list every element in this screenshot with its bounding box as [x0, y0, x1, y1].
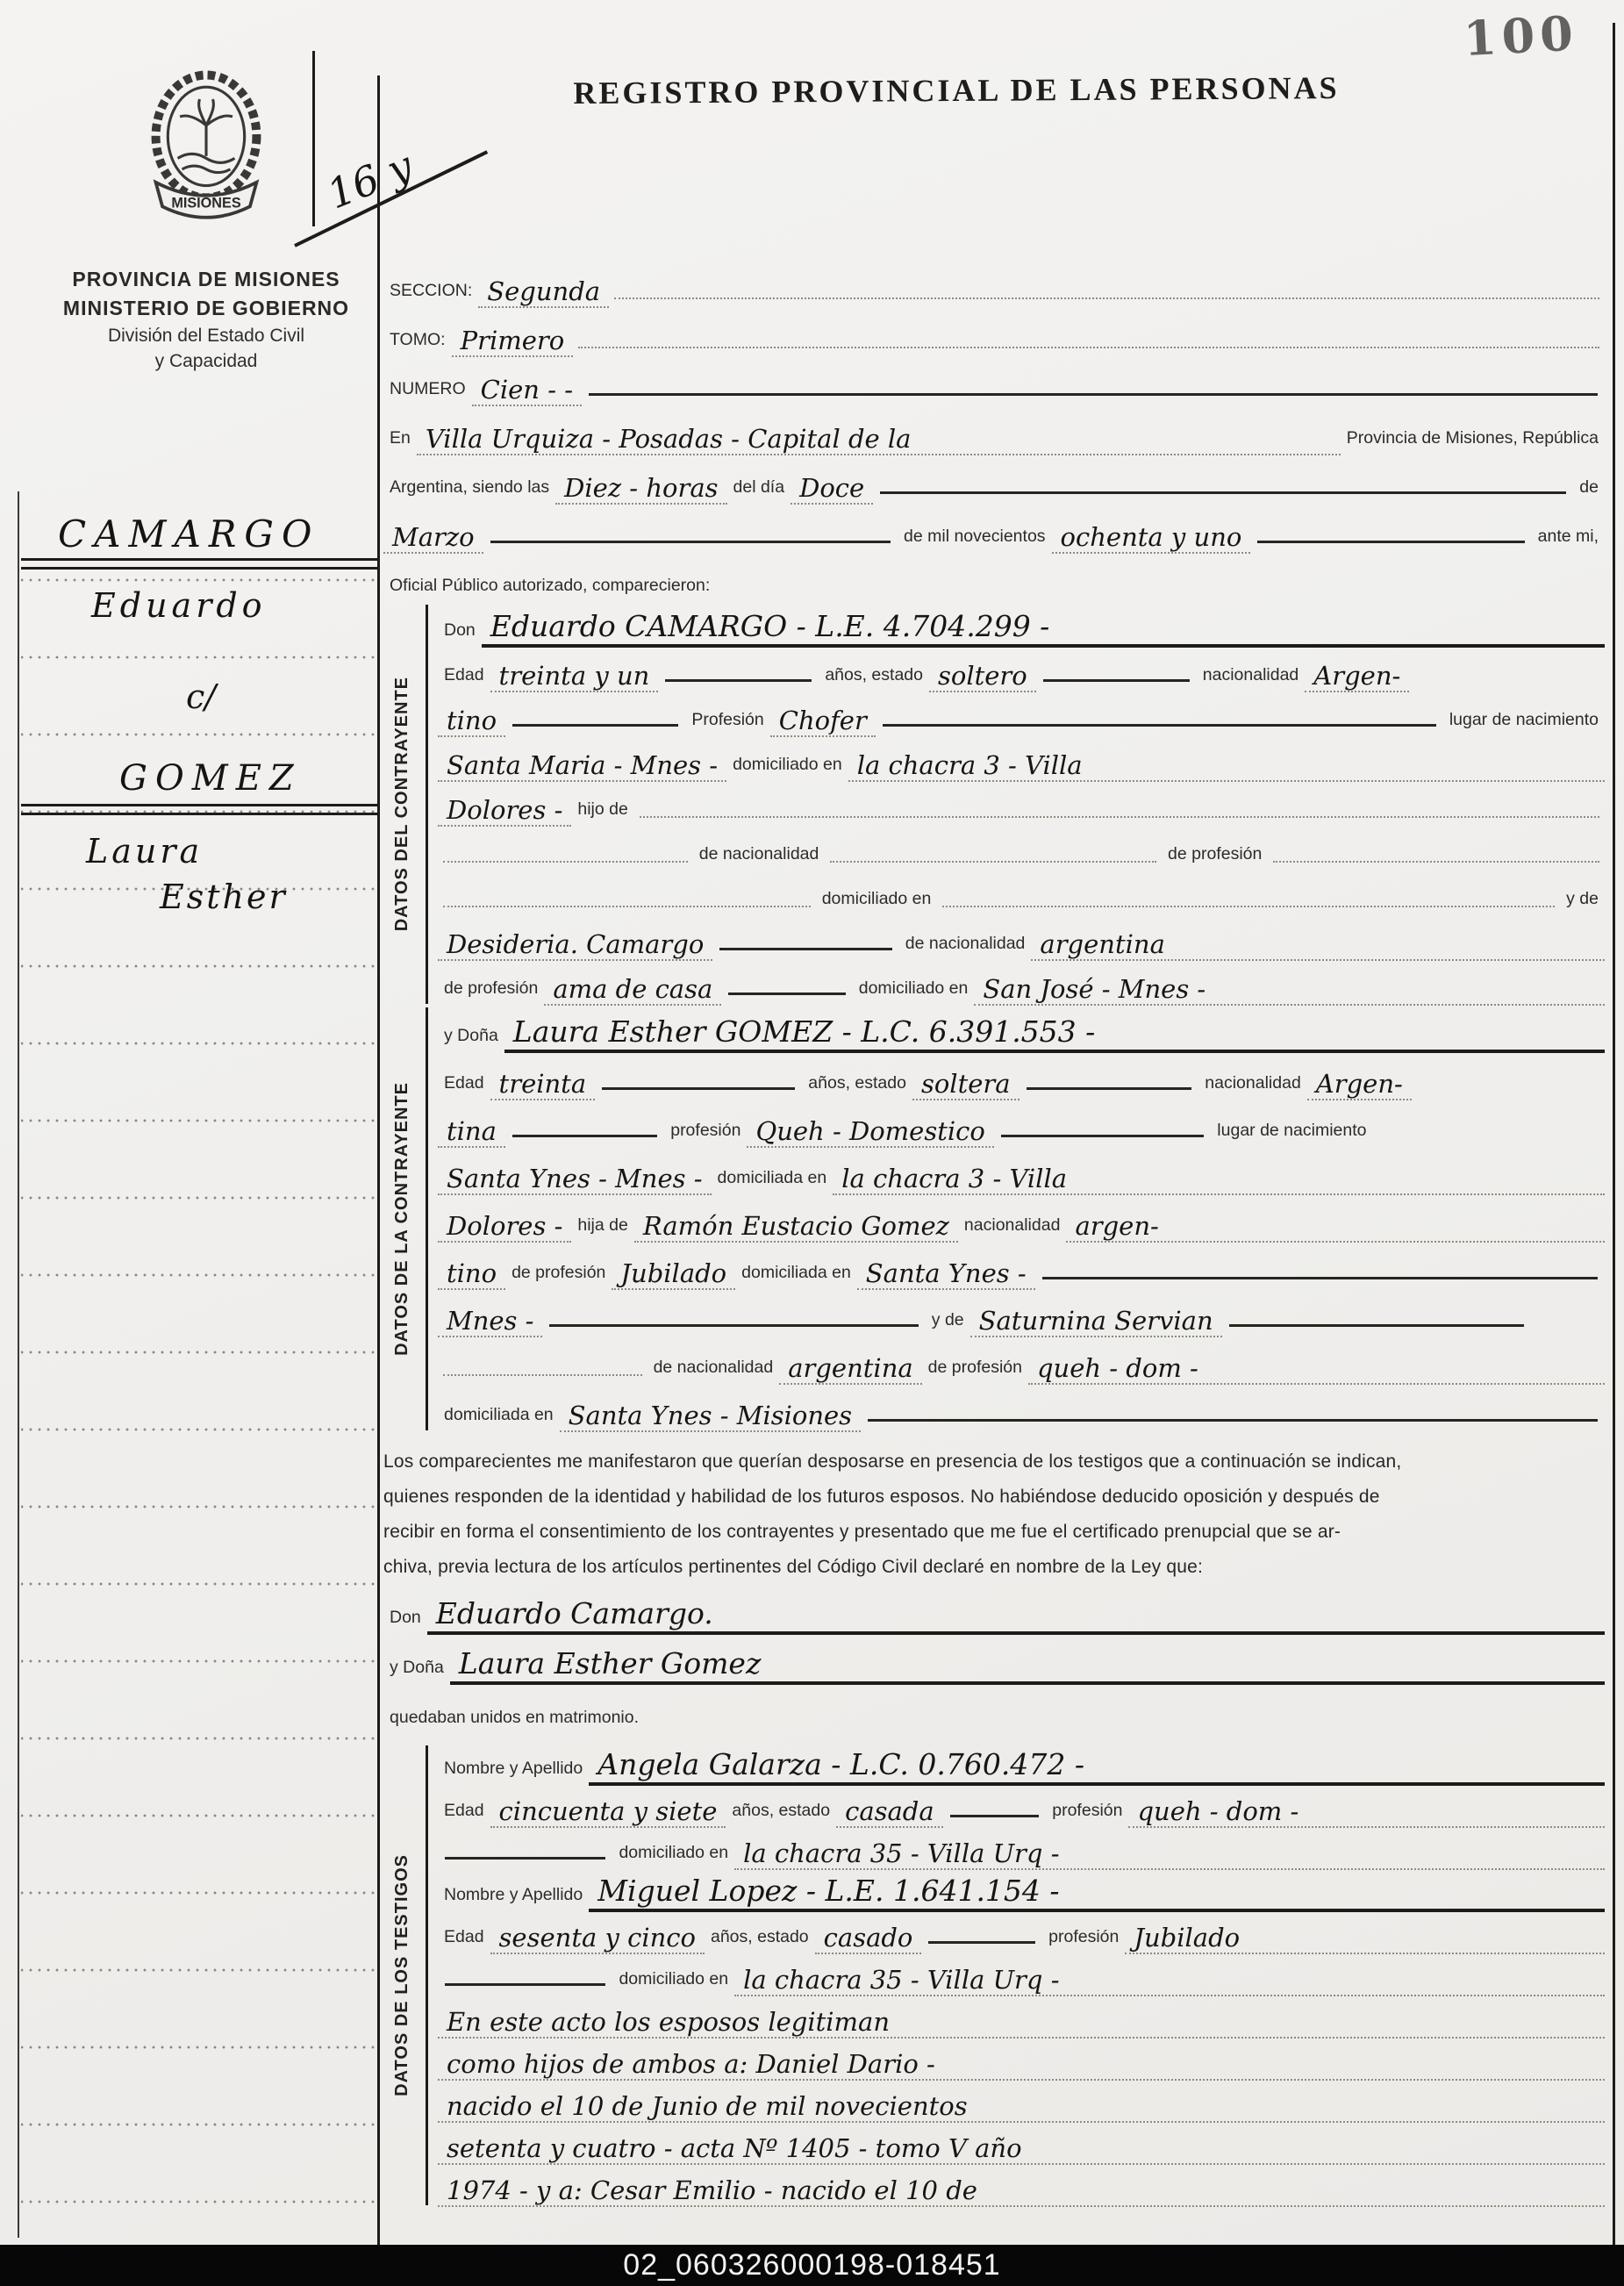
dash-line — [728, 991, 845, 995]
side-label-text: DATOS DEL CONTRAYENTE — [392, 677, 412, 931]
side-label-contrayente: DATOS DEL CONTRAYENTE — [376, 603, 427, 1006]
handwritten-entry: Ramón Eustacio Gomez — [634, 1213, 958, 1243]
blank-line — [830, 859, 1156, 863]
field-label: de nacionalidad — [647, 1358, 780, 1385]
field-label: de profesión — [505, 1263, 612, 1290]
page-right-border — [1613, 23, 1615, 2245]
margin-name-groom: Eduardo — [91, 586, 267, 625]
dash-line — [445, 1981, 605, 1986]
field-label: de profesión — [922, 1358, 1028, 1385]
field-label: Don — [383, 1608, 427, 1635]
form-line: SECCION:Segunda — [383, 259, 1605, 308]
handwritten-entry: Queh - Domestico — [747, 1118, 993, 1148]
handwritten-entry: Eduardo CAMARGO - L.E. 4.704.299 - — [482, 612, 1605, 648]
field-label: SECCION: — [383, 281, 478, 308]
form-line: En este acto los esposos legitiman — [438, 1996, 1605, 2039]
document-title: REGISTRO PROVINCIAL DE LAS PERSONAS — [535, 69, 1377, 112]
field-label: del día — [727, 477, 791, 505]
field-label: Don — [438, 620, 482, 648]
handwritten-entry: Dolores - — [438, 1213, 571, 1243]
handwritten-entry: 1974 - y a: Cesar Emilio - nacido el 10 … — [438, 2177, 1605, 2207]
field-label: lugar de nacimiento — [1443, 710, 1605, 737]
side-label-text: DATOS DE LOS TESTIGOS — [392, 1854, 412, 2096]
dash-line — [1229, 1322, 1524, 1327]
handwritten-entry: Desideria. Camargo — [438, 931, 712, 961]
dash-line — [445, 1855, 605, 1860]
section-contrayente: DATOS DEL CONTRAYENTEDonEduardo CAMARGO … — [383, 603, 1605, 1006]
dash-line — [665, 677, 812, 682]
form-line: Edadcincuenta y sieteaños, estadocasadap… — [438, 1786, 1605, 1828]
form-line: 1974 - y a: Cesar Emilio - nacido el 10 … — [438, 2165, 1605, 2207]
handwritten-entry: San José - Mnes - — [974, 976, 1605, 1006]
letterhead-division-2: y Capacidad — [33, 348, 379, 374]
field-label: Edad — [438, 1801, 490, 1828]
letterhead-division-1: División del Estado Civil — [33, 323, 379, 348]
stamped-page-number: 100 — [1462, 4, 1605, 67]
dash-line — [1027, 1086, 1192, 1090]
handwritten-entry: argen- — [1066, 1213, 1605, 1243]
field-label: domiciliado en — [612, 1843, 734, 1870]
handwritten-entry: argentina — [779, 1355, 921, 1385]
form-line: Edadsesenta y cincoaños, estadocasadopro… — [438, 1912, 1605, 1954]
dash-line — [490, 539, 891, 543]
dash-line — [950, 1813, 1040, 1817]
handwritten-entry: nacido el 10 de Junio de mil novecientos — [438, 2093, 1605, 2123]
form-line: Santa Maria - Mnes -domiciliado enla cha… — [438, 737, 1605, 782]
dash-line — [512, 722, 678, 727]
form-line: Desideria. Camargode nacionalidadargenti… — [438, 916, 1605, 961]
form-line: Edadtreinta y unaños, estadosolteronacio… — [438, 648, 1605, 692]
field-label: Provincia de Misiones, República — [1341, 428, 1605, 455]
section-union: DonEduardo Camargo.y DoñaLaura Esther Go… — [383, 1585, 1605, 1735]
scan-code-text: 02_060326000198-018451 — [623, 2248, 1000, 2282]
form-line: tinoProfesiónChoferlugar de nacimiento — [438, 692, 1605, 737]
handwritten-entry: treinta y un — [490, 663, 659, 692]
field-label: de — [1573, 477, 1605, 505]
section-encabezado: SECCION:SegundaTOMO:PrimeroNUMEROCien - … — [383, 259, 1605, 603]
handwritten-entry: Santa Ynes - Misiones — [560, 1402, 861, 1432]
margin-name-bride-2: Esther — [160, 878, 288, 916]
form-line: Dolores -hijo de — [438, 782, 1605, 827]
handwritten-entry: como hijos de ambos a: Daniel Dario - — [438, 2051, 1605, 2081]
field-label: años, estado — [726, 1801, 836, 1828]
margin-surname-bride: GOMEZ — [119, 758, 302, 799]
handwritten-entry: setenta y cuatro - acta Nº 1405 - tomo V… — [438, 2135, 1605, 2165]
section-declaracion: Los comparecientes me manifestaron que q… — [383, 1444, 1605, 1585]
field-label: de nacionalidad — [693, 844, 826, 871]
section-contrayente2: DATOS DE LA CONTRAYENTEy DoñaLaura Esthe… — [383, 1006, 1605, 1432]
form-line: Mnes -y deSaturnina Servian — [438, 1290, 1605, 1337]
form-line: Edadtreintaaños, estadosolteranacionalid… — [438, 1053, 1605, 1100]
letterhead-province: PROVINCIA DE MISIONES — [33, 265, 379, 294]
handwritten-entry: Diez - horas — [555, 475, 726, 505]
form-line: tinode profesiónJubiladodomiciliada enSa… — [438, 1243, 1605, 1290]
handwritten-entry: Doce — [791, 475, 873, 505]
margin-versus-mark: c/ — [186, 677, 216, 716]
dash-line — [549, 1322, 918, 1327]
blank-line — [443, 1372, 642, 1376]
margin-double-rule — [21, 558, 379, 570]
form-line: NUMEROCien - - — [383, 357, 1605, 406]
paragraph-line: chiva, previa lectura de los artículos p… — [383, 1550, 1605, 1585]
form-line: tinaprofesiónQueh - Domesticolugar de na… — [438, 1100, 1605, 1148]
field-label: y de — [1560, 889, 1605, 916]
dash-line — [602, 1086, 795, 1090]
handwritten-entry: Santa Ynes - Mnes - — [438, 1165, 712, 1195]
form-line: domiciliado enla chacra 35 - Villa Urq - — [438, 1828, 1605, 1870]
handwritten-entry: la chacra 35 - Villa Urq - — [734, 1840, 1605, 1870]
handwritten-entry: Miguel Lopez - L.E. 1.641.154 - — [589, 1876, 1605, 1912]
field-label: Nombre y Apellido — [438, 1759, 589, 1786]
handwritten-entry: Marzo — [383, 524, 483, 554]
field-label: domiciliado en — [853, 978, 975, 1006]
form-line: Nombre y ApellidoMiguel Lopez - L.E. 1.6… — [438, 1870, 1605, 1912]
handwritten-entry: casado — [815, 1924, 922, 1954]
handwritten-entry: Saturnina Servian — [970, 1308, 1222, 1337]
handwritten-entry: Santa Ynes - — [857, 1260, 1035, 1290]
svg-text:MISIONES: MISIONES — [171, 196, 240, 211]
handwritten-entry: tino — [438, 1260, 505, 1290]
handwritten-entry: tina — [438, 1118, 505, 1148]
form-line: domiciliado eny de — [438, 871, 1605, 916]
handwritten-entry: cincuenta y siete — [490, 1798, 726, 1828]
handwritten-entry: Argen- — [1305, 663, 1409, 692]
handwritten-entry: Primero — [452, 327, 574, 357]
field-label: Nombre y Apellido — [438, 1885, 589, 1912]
handwritten-entry: soltero — [929, 663, 1036, 692]
form-line: de nacionalidadde profesión — [438, 827, 1605, 871]
handwritten-entry: Chofer — [770, 707, 876, 737]
field-label: de nacionalidad — [899, 934, 1032, 961]
handwritten-entry: Jubilado — [1125, 1924, 1605, 1954]
field-label: Edad — [438, 1927, 490, 1954]
handwritten-entry: Jubilado — [612, 1260, 735, 1290]
field-label: nacionalidad — [1198, 1073, 1307, 1100]
field-label: ante mi, — [1532, 527, 1605, 554]
handwritten-entry: Segunda — [478, 278, 609, 308]
field-label: Edad — [438, 1073, 490, 1100]
handwritten-entry: Angela Galarza - L.C. 0.760.472 - — [589, 1750, 1605, 1786]
form-line: como hijos de ambos a: Daniel Dario - — [438, 2039, 1605, 2081]
field-label: profesión — [1042, 1927, 1125, 1954]
side-label-text: DATOS DE LA CONTRAYENTE — [392, 1082, 412, 1356]
blank-line — [443, 904, 811, 907]
field-label: y Doña — [383, 1658, 450, 1685]
handwritten-entry: la chacra 3 - Villa — [833, 1165, 1605, 1195]
handwritten-entry: la chacra 35 - Villa Urq - — [734, 1967, 1605, 1996]
field-label: nacionalidad — [958, 1215, 1067, 1243]
form-line: nacido el 10 de Junio de mil novecientos — [438, 2081, 1605, 2123]
dash-line — [589, 391, 1598, 396]
dash-line — [928, 1939, 1035, 1944]
form-line: de profesiónama de casadomiciliado enSan… — [438, 961, 1605, 1006]
handwritten-entry: treinta — [490, 1071, 596, 1100]
field-label: años, estado — [819, 665, 929, 692]
form-line: DonEduardo CAMARGO - L.E. 4.704.299 - — [438, 603, 1605, 648]
field-label: En — [383, 428, 417, 455]
handwritten-entry: Cien - - — [472, 376, 582, 406]
section-testigos: DATOS DE LOS TESTIGOSNombre y ApellidoAn… — [383, 1744, 1605, 2207]
side-label-contrayente2: DATOS DE LA CONTRAYENTE — [376, 1006, 427, 1432]
handwritten-entry: casada — [836, 1798, 943, 1828]
handwritten-entry: sesenta y cinco — [490, 1924, 705, 1954]
form-line: Argentina, siendo lasDiez - horasdel día… — [383, 455, 1605, 505]
form-line: setenta y cuatro - acta Nº 1405 - tomo V… — [438, 2123, 1605, 2165]
field-label: de profesión — [438, 978, 544, 1006]
field-label: profesión — [664, 1121, 747, 1148]
field-label: TOMO: — [383, 330, 452, 357]
field-label: Argentina, siendo las — [383, 477, 555, 505]
handwritten-entry: Argen- — [1307, 1071, 1412, 1100]
handwritten-entry: ochenta y uno — [1052, 524, 1251, 554]
margin-name-bride-1: Laura — [86, 832, 203, 871]
blank-line — [578, 345, 1599, 348]
field-label: quedaban unidos en matrimonio. — [383, 1708, 645, 1735]
field-label: domiciliada en — [735, 1263, 857, 1290]
blank-line — [1273, 859, 1599, 863]
field-label: hijo de — [571, 799, 633, 827]
field-label: domiciliado en — [612, 1969, 734, 1996]
field-label: años, estado — [705, 1927, 815, 1954]
dash-line — [880, 490, 1566, 494]
handwritten-entry: En este acto los esposos legitiman — [438, 2009, 1605, 2039]
page-left-border — [18, 491, 19, 2238]
handwritten-entry: soltera — [912, 1071, 1019, 1100]
handwritten-entry: la chacra 3 - Villa — [848, 752, 1605, 782]
form-line: de nacionalidadargentinade profesiónqueh… — [438, 1337, 1605, 1385]
form-line: y DoñaLaura Esther Gomez — [383, 1635, 1605, 1685]
dash-line — [719, 946, 891, 950]
blank-line — [614, 296, 1599, 299]
form-line: DonEduardo Camargo. — [383, 1585, 1605, 1635]
side-label-testigos: DATOS DE LOS TESTIGOS — [376, 1744, 427, 2207]
handwritten-entry: queh - dom - — [1128, 1798, 1605, 1828]
dash-line — [1042, 1275, 1598, 1279]
blank-line — [443, 859, 688, 863]
field-label: domiciliado en — [816, 889, 938, 916]
blank-line — [942, 904, 1555, 907]
field-label: domiciliada en — [712, 1168, 833, 1195]
field-label: y de — [926, 1310, 970, 1337]
handwritten-entry: argentina — [1031, 931, 1605, 961]
form-line: Santa Ynes - Mnes -domiciliada enla chac… — [438, 1148, 1605, 1195]
field-label: Edad — [438, 665, 490, 692]
letterhead: MISIONES PROVINCIA DE MISIONES MINISTERI… — [33, 68, 379, 374]
blank-line — [640, 814, 1599, 818]
handwritten-entry: Villa Urquiza - Posadas - Capital de la — [417, 426, 1341, 455]
field-label: domiciliada en — [438, 1405, 560, 1432]
margin-double-rule — [21, 804, 379, 815]
form-line: Dolores -hija deRamón Eustacio Gomeznaci… — [438, 1195, 1605, 1243]
field-label: de mil novecientos — [898, 527, 1052, 554]
paragraph-line: Los comparecientes me manifestaron que q… — [383, 1444, 1605, 1480]
scanned-marriage-certificate: 100 REGISTRO PROVINCIAL DE LAS PERSONAS … — [0, 0, 1624, 2286]
dash-line — [512, 1133, 657, 1137]
handwritten-entry: tino — [438, 707, 505, 737]
handwritten-entry: Laura Esther GOMEZ - L.C. 6.391.553 - — [504, 1017, 1605, 1053]
form-line: domiciliado enla chacra 35 - Villa Urq - — [438, 1954, 1605, 1996]
field-label: de profesión — [1162, 844, 1268, 871]
field-label: Oficial Público autorizado, compareciero… — [383, 576, 716, 603]
margin-surname-groom: CAMARGO — [58, 512, 319, 555]
dash-line — [1257, 539, 1524, 543]
scan-code-bar: 02_060326000198-018451 — [0, 2245, 1624, 2286]
field-label: NUMERO — [383, 379, 472, 406]
form-body: SECCION:SegundaTOMO:PrimeroNUMEROCien - … — [383, 259, 1605, 2207]
handwritten-entry: Laura Esther Gomez — [450, 1649, 1605, 1685]
dash-line — [1001, 1133, 1204, 1137]
dash-line — [868, 1417, 1598, 1422]
handwritten-entry: Dolores - — [438, 797, 571, 827]
field-label: domiciliado en — [726, 755, 848, 782]
handwritten-entry: queh - dom - — [1028, 1355, 1605, 1385]
form-line: TOMO:Primero — [383, 308, 1605, 357]
field-label: profesión — [1046, 1801, 1128, 1828]
form-line: EnVilla Urquiza - Posadas - Capital de l… — [383, 406, 1605, 455]
field-label: años, estado — [802, 1073, 912, 1100]
handwritten-entry: Eduardo Camargo. — [427, 1599, 1605, 1635]
provincial-seal-icon: MISIONES — [140, 68, 272, 240]
handwritten-entry: Mnes - — [438, 1308, 542, 1337]
paragraph-line: recibir en forma el consentimiento de lo… — [383, 1515, 1605, 1550]
dash-line — [883, 722, 1436, 727]
form-line: domiciliada enSanta Ynes - Misiones — [438, 1385, 1605, 1432]
paragraph-line: quienes responden de la identidad y habi… — [383, 1480, 1605, 1515]
letterhead-ministry: MINISTERIO DE GOBIERNO — [33, 294, 379, 323]
form-line: quedaban unidos en matrimonio. — [383, 1685, 1605, 1735]
field-label: lugar de nacimiento — [1211, 1121, 1372, 1148]
handwritten-entry: Santa Maria - Mnes - — [438, 752, 726, 782]
top-vertical-rule — [312, 51, 315, 226]
form-line: y DoñaLaura Esther GOMEZ - L.C. 6.391.55… — [438, 1006, 1605, 1053]
handwritten-entry: ama de casa — [544, 976, 721, 1006]
dash-line — [1043, 677, 1190, 682]
form-line: Nombre y ApellidoAngela Galarza - L.C. 0… — [438, 1744, 1605, 1786]
field-label: Profesión — [685, 710, 769, 737]
field-label: y Doña — [438, 1026, 504, 1053]
form-line: Marzode mil novecientosochenta y unoante… — [383, 505, 1605, 554]
form-line: Oficial Público autorizado, compareciero… — [383, 554, 1605, 603]
field-label: hija de — [571, 1215, 633, 1243]
field-label: nacionalidad — [1197, 665, 1306, 692]
